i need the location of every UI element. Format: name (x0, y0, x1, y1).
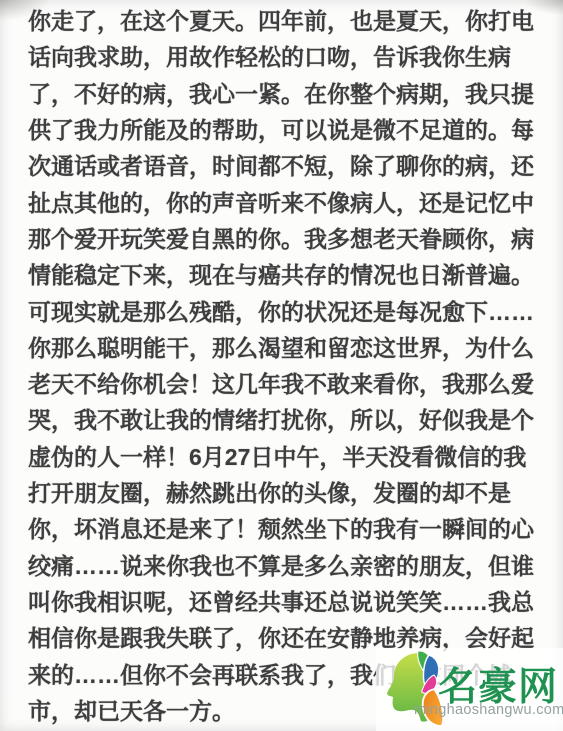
text-line: 可现实就是那么残酷，你的状况还是每况愈下…… (28, 294, 548, 330)
text-line: 供了我力所能及的帮助，可以说是微不足道的。每 (28, 112, 548, 148)
text-line: 你，坏消息还是来了！颓然坐下的我有一瞬间的心 (28, 511, 548, 547)
text-line: 次通话或者语音，时间都不短，除了聊你的病，还 (28, 148, 548, 184)
text-line: 那个爱开玩笑爱自黑的你。我多想老天眷顾你，病 (28, 221, 548, 257)
text-line: 叫你我相识呢，还曾经共事还总说说笑笑……我总 (28, 584, 548, 620)
text-line: 话向我求助，用故作轻松的口吻，告诉我你生病 (28, 39, 548, 75)
text-line: 了，不好的病，我心一紧。在你整个病期，我只提 (28, 76, 548, 112)
text-line: 绞痛……说来你我也不算是多么亲密的朋友，但谁 (28, 548, 548, 584)
text-line: 打开朋友圈，赫然跳出你的头像，发圈的却不是 (28, 475, 548, 511)
watermark-site-url: minghaoshangwu.com (414, 702, 563, 718)
text-line: 扯点其他的，你的声音听来不像病人，还是记忆中 (28, 185, 548, 221)
text-line: 你走了，在这个夏天。四年前，也是夏天，你打电 (28, 3, 548, 39)
article-text: 你走了，在这个夏天。四年前，也是夏天，你打电 话向我求助，用故作轻松的口吻，告诉… (28, 3, 548, 729)
watermark: 名豪网 minghaoshangwu.com (383, 646, 563, 731)
text-line: 老天不给你机会！这几年我不敢来看你，我那么爱 (28, 366, 548, 402)
text-line: 哭，我不敢让我的情绪打扰你，所以，好似我是个 (28, 402, 548, 438)
text-line: 虚伪的人一样！6月27日中午，半天没看微信的我 (28, 439, 548, 475)
text-line: 情能稳定下来，现在与癌共存的情况也日渐普遍。 (28, 257, 548, 293)
article-screenshot: 你走了，在这个夏天。四年前，也是夏天，你打电 话向我求助，用故作轻松的口吻，告诉… (0, 0, 563, 731)
text-line: 你那么聪明能干，那么渴望和留恋这世界，为什么 (28, 330, 548, 366)
